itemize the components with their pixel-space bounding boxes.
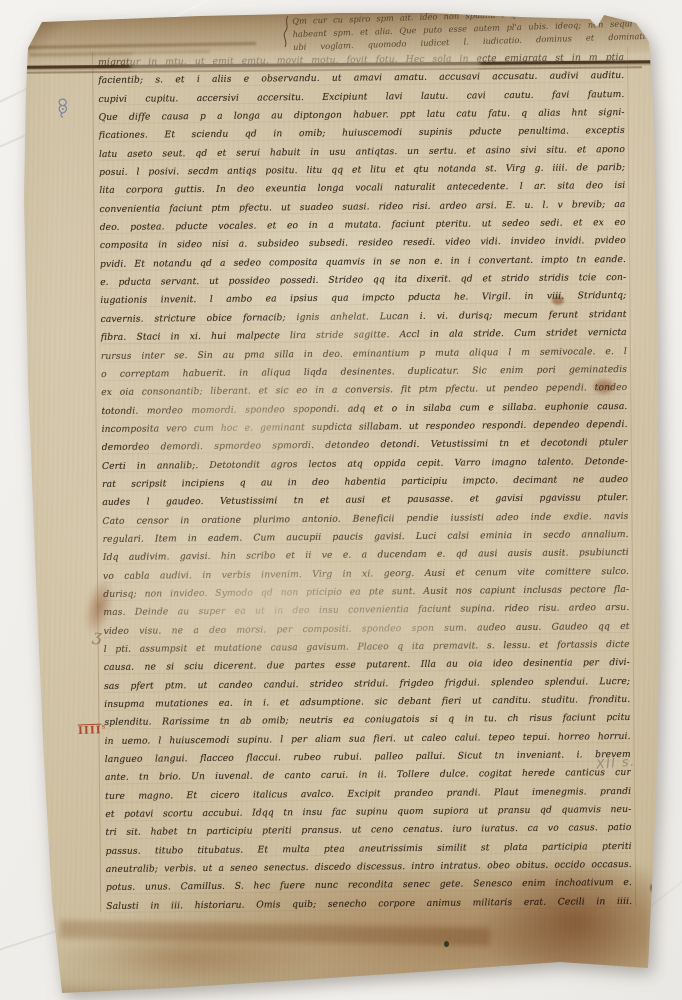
manuscript-leaf-wrapper: Qm cur cu spiro spm ait. ideo non spuali… [0,0,682,1000]
red-numeral-text: IIII [78,724,102,737]
manuscript-page: Qm cur cu spiro spm ait. ideo non spuali… [0,0,682,1000]
blue-paraph-icon [56,98,70,122]
annotation-flourish-icon [282,15,292,53]
bottom-left-stain [52,928,317,990]
tide-line-stain [60,920,490,946]
red-quire-numeral: IIIIs [78,723,106,737]
photograph-background: Qm cur cu spiro spm ait. ideo non spuali… [0,0,682,1000]
margin-flourish-mark: ʒ [92,625,104,645]
main-text-block: migratur in mtu. ut emit emtu. movit mot… [98,49,632,916]
text-line: Salusti in iii. historiaru. Omis quib; s… [106,893,632,916]
edge-ink-mark [650,884,655,892]
dark-speck [444,941,449,947]
red-numeral-superscript: s [101,723,105,731]
